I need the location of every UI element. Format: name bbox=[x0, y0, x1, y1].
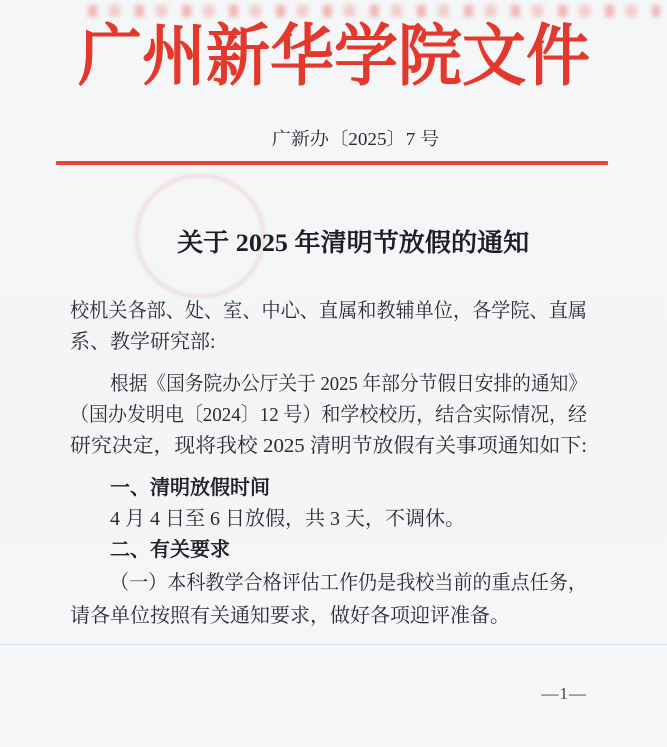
body-heading-line: 二、有关要求 bbox=[70, 535, 587, 566]
body-line-text: 校机关各部、处、室、中心、直属和教辅单位，各学院、直属 bbox=[70, 296, 587, 327]
document-page: 广州新华学院文件 广新办〔2025〕7 号 关于 2025 年清明节放假的通知 … bbox=[0, 0, 667, 747]
page-title: 关于 2025 年清明节放假的通知 bbox=[0, 227, 667, 261]
body-line: （一）本科教学合格评估工作仍是我校当前的重点任务， bbox=[70, 568, 587, 599]
document-body: 校机关各部、处、室、中心、直属和教辅单位，各学院、直属系、教学研究部:根据《国务… bbox=[70, 296, 587, 632]
body-line-text: 研究决定，现将我校 2025 清明节放假有关事项通知如下: bbox=[70, 431, 587, 462]
body-line: 请各单位按照有关通知要求，做好各项迎评准备。 bbox=[70, 601, 587, 632]
page-title-text: 关于 2025 年清明节放假的通知 bbox=[157, 227, 529, 261]
body-line-text: （国办发明电〔2024〕12 号）和学校校历，结合实际情况，经 bbox=[70, 400, 587, 431]
org-header-title-text: 广州新华学院文件 bbox=[78, 13, 590, 101]
body-line: 4 月 4 日至 6 日放假，共 3 天，不调休。 bbox=[70, 504, 587, 535]
red-divider-rule bbox=[56, 161, 608, 165]
body-line: 根据《国务院办公厅关于 2025 年部分节假日安排的通知》 bbox=[70, 369, 587, 400]
body-line: 校机关各部、处、室、中心、直属和教辅单位，各学院、直属 bbox=[70, 296, 587, 327]
body-line: 研究决定，现将我校 2025 清明节放假有关事项通知如下: bbox=[70, 431, 587, 462]
body-line-text: 根据《国务院办公厅关于 2025 年部分节假日安排的通知》 bbox=[110, 369, 587, 400]
body-heading-line: 一、清明放假时间 bbox=[70, 473, 587, 504]
body-line: （国办发明电〔2024〕12 号）和学校校历，结合实际情况，经 bbox=[70, 400, 587, 431]
body-line-text: （一）本科教学合格评估工作仍是我校当前的重点任务， bbox=[110, 568, 587, 599]
doc-number: 广新办〔2025〕7 号 bbox=[0, 127, 667, 151]
scan-artifact-line bbox=[0, 644, 667, 645]
body-line: 系、教学研究部: bbox=[70, 327, 587, 358]
page-number: —1— bbox=[542, 683, 588, 705]
doc-number-text: 广新办〔2025〕7 号 bbox=[249, 127, 439, 151]
org-header-title: 广州新华学院文件 bbox=[0, 13, 667, 101]
